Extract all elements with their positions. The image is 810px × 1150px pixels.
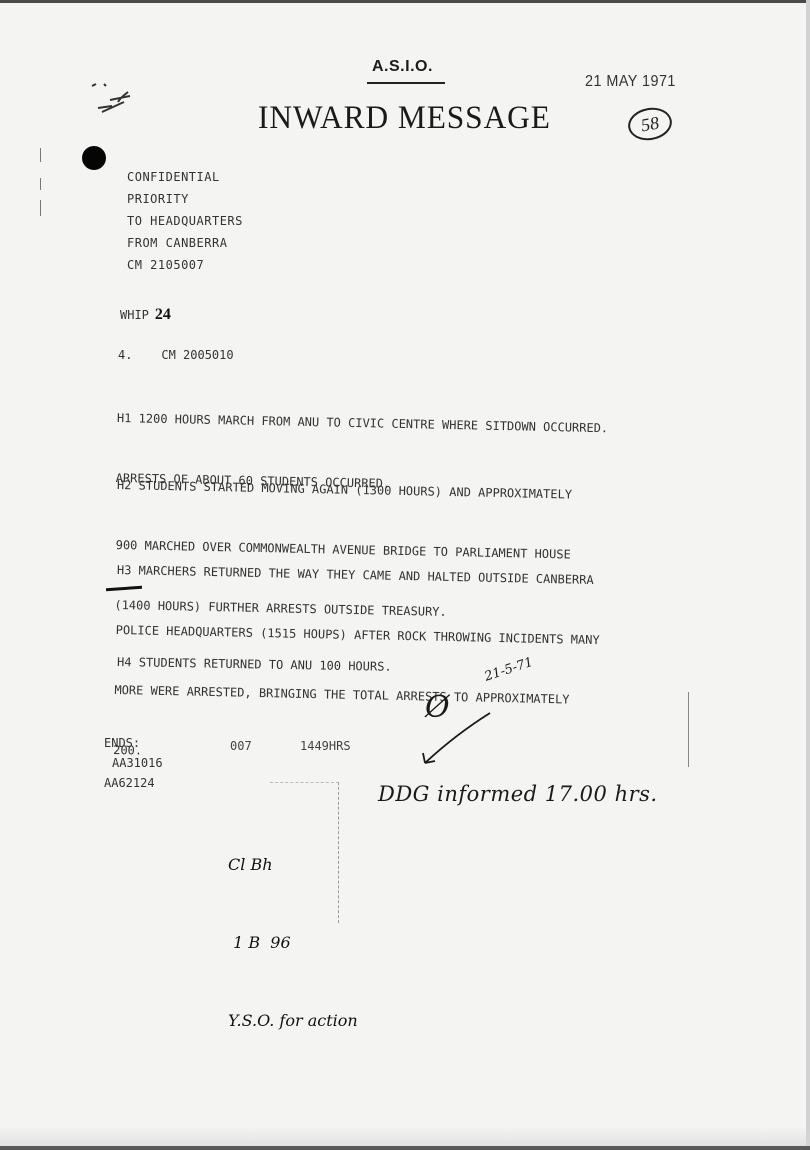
scan-right-edge xyxy=(806,0,810,1150)
paragraph-line: H3 MARCHERS RETURNED THE WAY THEY CAME A… xyxy=(117,560,601,590)
margin-mark xyxy=(40,178,41,190)
scan-bottom-edge xyxy=(0,1146,810,1150)
reference-line: WHIP24 xyxy=(120,306,171,324)
item-line: 4. CM 2005010 xyxy=(118,348,234,362)
margin-mark xyxy=(40,200,41,216)
agency-underline xyxy=(367,82,445,84)
paragraph-line: H2 STUDENTS STARTED MOVING AGAIN (1300 H… xyxy=(117,475,572,505)
date-stamp: 21 MAY 1971 xyxy=(585,73,676,91)
handwritten-routing-annotation: Cl Bh 1 B 96 Y.S.O. for action xyxy=(228,800,358,1086)
handwritten-arrow-icon xyxy=(415,705,505,770)
ends-code-2: AA62124 xyxy=(104,773,163,793)
reference-label: WHIP xyxy=(120,308,149,322)
document-page: A.S.I.O. 21 MAY 1971 INWARD MESSAGE 58 C… xyxy=(0,0,810,1150)
annotation-line: Y.S.O. for action xyxy=(228,1008,358,1034)
ends-block: ENDS: AA31016 AA62124 xyxy=(104,733,163,793)
paragraph-line: H1 1200 HOURS MARCH FROM ANU TO CIVIC CE… xyxy=(117,408,609,438)
sequence-number: 007 xyxy=(230,739,252,753)
paragraph-line: H4 STUDENTS RETURNED TO ANU 100 HOURS. xyxy=(117,652,392,677)
paragraph-line: 200. xyxy=(113,740,597,770)
transmission-time: 1449HRS xyxy=(300,739,351,753)
margin-mark xyxy=(40,148,41,162)
ends-code-1: AA31016 xyxy=(104,753,163,773)
recipient: TO HEADQUARTERS xyxy=(127,210,243,232)
margin-scribble-icon xyxy=(90,80,140,120)
sender: FROM CANBERRA xyxy=(127,232,243,254)
paragraph-h4: H4 STUDENTS RETURNED TO ANU 100 HOURS. xyxy=(116,612,392,717)
annotation-line: Cl Bh xyxy=(228,852,358,878)
hole-punch-icon xyxy=(82,146,106,170)
folio-number: 58 xyxy=(626,104,675,143)
margin-rule xyxy=(688,692,689,767)
agency-name: A.S.I.O. xyxy=(372,58,433,76)
scan-top-edge xyxy=(0,0,810,3)
routing-block: CONFIDENTIAL PRIORITY TO HEADQUARTERS FR… xyxy=(127,166,243,276)
item-code: CM 2005010 xyxy=(161,348,233,362)
annotation-line: 1 B 96 xyxy=(228,930,358,956)
message-code: CM 2105007 xyxy=(127,254,243,276)
item-number: 4. xyxy=(118,348,132,362)
scan-bottom-shade xyxy=(0,1126,810,1146)
document-title: INWARD MESSAGE xyxy=(258,100,551,137)
reference-number: 24 xyxy=(155,306,171,323)
handwritten-note: DDG informed 17.00 hrs. xyxy=(378,782,658,806)
classification: CONFIDENTIAL xyxy=(127,166,243,188)
ends-label: ENDS: xyxy=(104,733,163,753)
priority: PRIORITY xyxy=(127,188,243,210)
